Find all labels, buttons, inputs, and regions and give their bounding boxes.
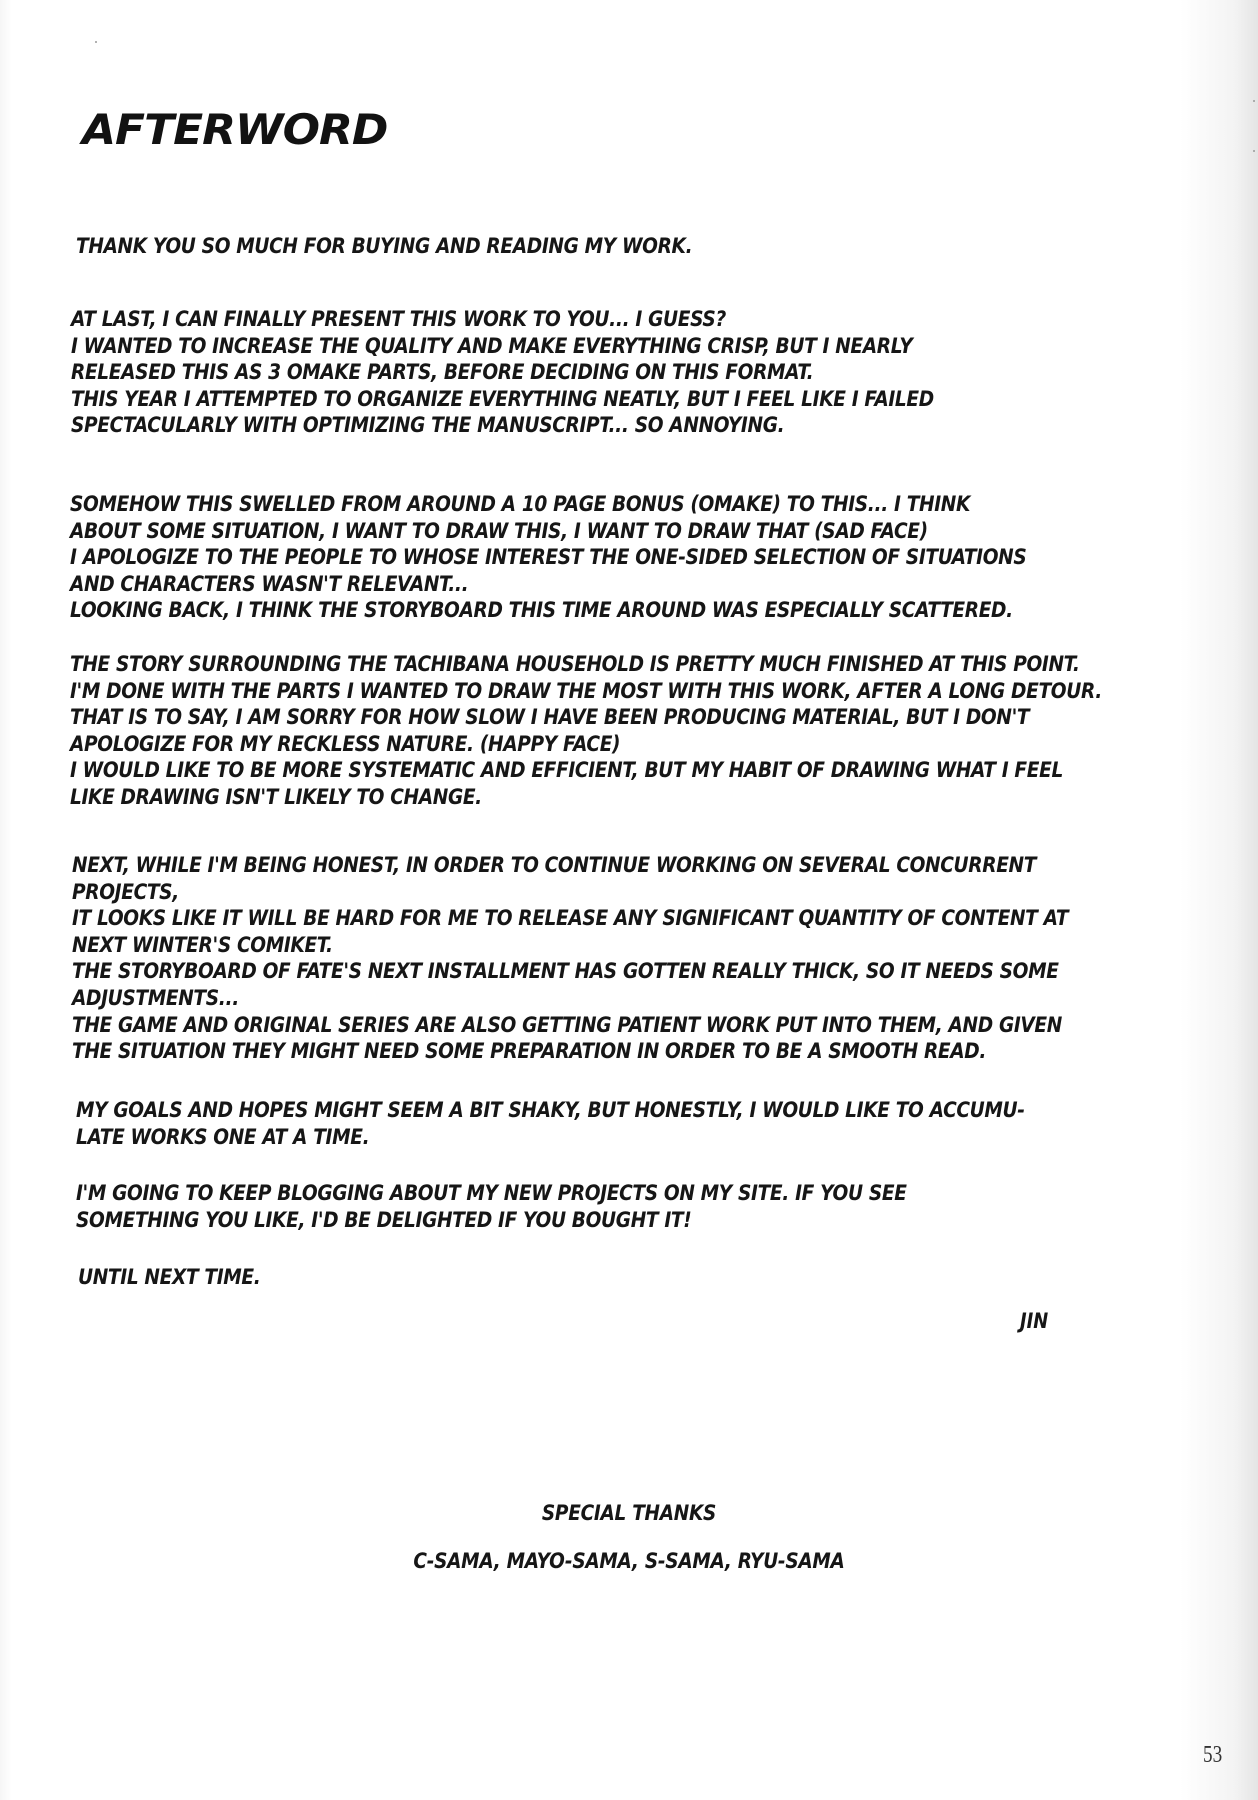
text-line: I WOULD LIKE TO BE MORE SYSTEMATIC AND E… (70, 757, 1102, 784)
page-number: 53 (1203, 1742, 1222, 1769)
scan-speck (95, 41, 97, 43)
text-line: THAT IS TO SAY, I AM SORRY FOR HOW SLOW … (70, 704, 1102, 731)
special-thanks-names: C-SAMA, MAYO-SAMA, S-SAMA, RYU-SAMA (0, 1549, 1258, 1573)
text-line: NEXT, WHILE I'M BEING HONEST, IN ORDER T… (72, 852, 1068, 879)
paragraph-closing: UNTIL NEXT TIME. (78, 1264, 260, 1291)
text-line: I'M DONE WITH THE PARTS I WANTED TO DRAW… (70, 678, 1102, 705)
text-line: THE STORYBOARD OF FATE'S NEXT INSTALLMEN… (72, 958, 1068, 985)
text-line: LIKE DRAWING ISN'T LIKELY TO CHANGE. (70, 784, 1102, 811)
text-line: THIS YEAR I ATTEMPTED TO ORGANIZE EVERYT… (71, 386, 934, 413)
text-line: THE SITUATION THEY MIGHT NEED SOME PREPA… (72, 1038, 1068, 1065)
paragraph-thanks: THANK YOU SO MUCH FOR BUYING AND READING… (76, 233, 692, 260)
paragraph-next-projects: NEXT, WHILE I'M BEING HONEST, IN ORDER T… (72, 852, 1068, 1065)
scan-speck (1253, 100, 1255, 102)
text-line: LATE WORKS ONE AT A TIME. (76, 1124, 1025, 1151)
paragraph-blogging: I'M GOING TO KEEP BLOGGING ABOUT MY NEW … (76, 1180, 907, 1233)
text-line: SPECTACULARLY WITH OPTIMIZING THE MANUSC… (71, 412, 934, 439)
paragraph-swelled: SOMEHOW THIS SWELLED FROM AROUND A 10 PA… (70, 491, 1026, 624)
text-line: MY GOALS AND HOPES MIGHT SEEM A BIT SHAK… (76, 1097, 1025, 1124)
text-line: THANK YOU SO MUCH FOR BUYING AND READING… (76, 233, 692, 260)
text-line: ABOUT SOME SITUATION, I WANT TO DRAW THI… (70, 518, 1026, 545)
paragraph-goals: MY GOALS AND HOPES MIGHT SEEM A BIT SHAK… (76, 1097, 1025, 1150)
text-line: SOMEHOW THIS SWELLED FROM AROUND A 10 PA… (70, 491, 1026, 518)
text-line: THE STORY SURROUNDING THE TACHIBANA HOUS… (70, 651, 1102, 678)
special-thanks-names-text: C-SAMA, MAYO-SAMA, S-SAMA, RYU-SAMA (413, 1549, 844, 1573)
text-line: I APOLOGIZE TO THE PEOPLE TO WHOSE INTER… (70, 544, 1026, 571)
text-line: RELEASED THIS AS 3 OMAKE PARTS, BEFORE D… (71, 359, 934, 386)
text-line: I'M GOING TO KEEP BLOGGING ABOUT MY NEW … (76, 1180, 907, 1207)
text-line: AT LAST, I CAN FINALLY PRESENT THIS WORK… (71, 306, 934, 333)
paragraph-present-work: AT LAST, I CAN FINALLY PRESENT THIS WORK… (71, 306, 934, 439)
text-line: AND CHARACTERS WASN'T RELEVANT... (70, 571, 1026, 598)
text-line: IT LOOKS LIKE IT WILL BE HARD FOR ME TO … (72, 905, 1068, 932)
text-line: ADJUSTMENTS... (72, 985, 1068, 1012)
text-line: LOOKING BACK, I THINK THE STORYBOARD THI… (70, 597, 1026, 624)
text-line: PROJECTS, (72, 879, 1068, 906)
text-line: THE GAME AND ORIGINAL SERIES ARE ALSO GE… (72, 1012, 1068, 1039)
paragraph-tachibana: THE STORY SURROUNDING THE TACHIBANA HOUS… (70, 651, 1102, 811)
text-line: NEXT WINTER'S COMIKET. (72, 932, 1068, 959)
text-line: UNTIL NEXT TIME. (78, 1264, 260, 1291)
text-line: I WANTED TO INCREASE THE QUALITY AND MAK… (71, 333, 934, 360)
special-thanks-heading-text: SPECIAL THANKS (542, 1501, 716, 1525)
text-line: SOMETHING YOU LIKE, I'D BE DELIGHTED IF … (76, 1207, 907, 1234)
text-line: APOLOGIZE FOR MY RECKLESS NATURE. (HAPPY… (70, 731, 1102, 758)
document-page: AFTERWORD THANK YOU SO MUCH FOR BUYING A… (0, 0, 1258, 1800)
scan-speck (1253, 150, 1255, 152)
author-signature: JIN (1020, 1309, 1048, 1333)
page-title: AFTERWORD (82, 106, 387, 154)
special-thanks-heading: SPECIAL THANKS (0, 1501, 1258, 1525)
